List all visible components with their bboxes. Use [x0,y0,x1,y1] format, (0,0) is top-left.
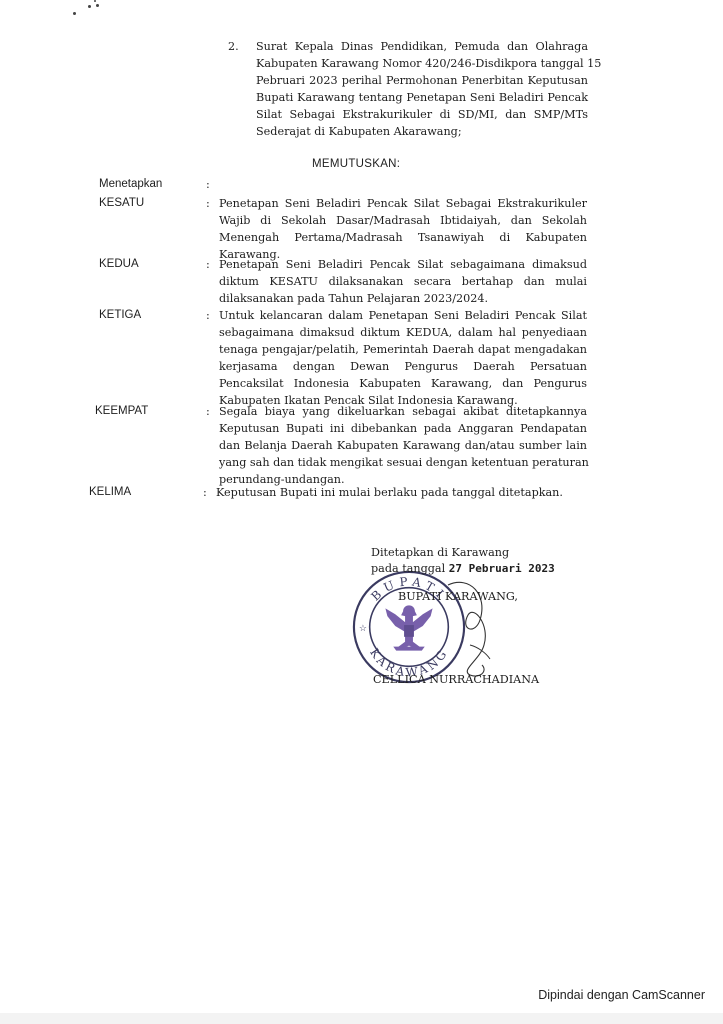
dictum-colon: : [206,195,210,212]
dictum-label: KESATU [99,195,144,212]
signatory-title: BUPATI KARAWANG, [398,589,518,605]
dictum-text: Penetapan Seni Beladiri Pencak Silat seb… [219,256,587,307]
decision-heading-text: MEMUTUSKAN: [312,158,400,170]
dictum-line: diktum KESATU dilaksanakan secara bertah… [219,273,587,290]
place-line: Ditetapkan di Karawang [371,545,555,561]
dictum-line: Segala biaya yang dikeluarkan sebagai ak… [219,403,587,420]
preamble-item-text: Surat Kepala Dinas Pendidikan, Pemuda da… [256,38,588,140]
dictum-line: yang sah dan tidak mengikat sesuai denga… [219,454,587,471]
dictum-label: KELIMA [89,484,131,501]
dictum-line: Keputusan Bupati ini mulai berlaku pada … [216,484,584,501]
dictum-text: Segala biaya yang dikeluarkan sebagai ak… [219,403,587,488]
dictum-colon: : [206,403,210,420]
dictum-line: Wajib di Sekolah Dasar/Madrasah Ibtidaiy… [219,212,587,229]
signatory-name: CELLICA NURRACHADIANA [373,672,539,688]
scan-specks [60,0,120,20]
dictum-line: tenaga pengajar/pelatih, Pemerintah Daer… [219,341,587,358]
preamble-line: Sederajat di Kabupaten Akarawang; [256,123,588,140]
dictum-line: Penetapan Seni Beladiri Pencak Silat seb… [219,256,587,273]
dictum-label: KEDUA [99,256,139,273]
dictum-colon: : [206,307,210,324]
dictum-line: dan Belanja Daerah Kabupaten Karawang da… [219,437,587,454]
preamble-item-number: 2. [228,38,239,55]
footer-bar [0,1013,723,1024]
preamble-item-2: 2. Surat Kepala Dinas Pendidikan, Pemuda… [228,38,588,140]
stamp-star-icon: ☆ [359,624,367,634]
dictum-line: Menengah Pertama/Madrasah Tsanawiyah di … [219,229,587,246]
date-line: pada tanggal 27 Pebruari 2023 [371,561,555,577]
menetapkan-colon: : [206,176,210,193]
dictum-colon: : [206,256,210,273]
dictum-text: Keputusan Bupati ini mulai berlaku pada … [216,484,584,501]
dictum-line: Keputusan Bupati ini dibebankan pada Ang… [219,420,587,437]
preamble-line: Silat Sebagai Ekstrakurikuler di SD/MI, … [256,106,588,123]
garuda-emblem-icon [385,605,432,650]
dictum-text: Penetapan Seni Beladiri Pencak Silat Seb… [219,195,587,263]
dictum-line: kerjasama dengan Dewan Pengurus Daerah P… [219,358,587,375]
decision-heading: MEMUTUSKAN: [312,152,400,171]
dictum-label: KETIGA [99,307,141,324]
camscanner-watermark: Dipindai dengan CamScanner [538,988,705,1002]
dictum-line: Untuk kelancaran dalam Penetapan Seni Be… [219,307,587,324]
signature-block: Ditetapkan di Karawang pada tanggal 27 P… [371,545,555,577]
dictum-colon: : [203,484,207,501]
dictum-line: sebagaimana dimaksud diktum KEDUA, dalam… [219,324,587,341]
dictum-line: Penetapan Seni Beladiri Pencak Silat Seb… [219,195,587,212]
dictum-label: KEEMPAT [95,403,148,420]
preamble-line: Kabupaten Karawang Nomor 420/246-Disdikp… [256,55,588,72]
preamble-line: Bupati Karawang tentang Penetapan Seni B… [256,89,588,106]
preamble-line: Pebruari 2023 perihal Permohonan Penerbi… [256,72,588,89]
date-prefix: pada tanggal [371,562,445,575]
menetapkan-label: Menetapkan [99,176,162,193]
date-value: 27 Pebruari 2023 [449,562,555,575]
dictum-line: dilaksanakan pada Tahun Pelajaran 2023/2… [219,290,587,307]
dictum-line: Pencaksilat Indonesia Kabupaten Karawang… [219,375,587,392]
preamble-line: Surat Kepala Dinas Pendidikan, Pemuda da… [256,38,588,55]
dictum-text: Untuk kelancaran dalam Penetapan Seni Be… [219,307,587,409]
